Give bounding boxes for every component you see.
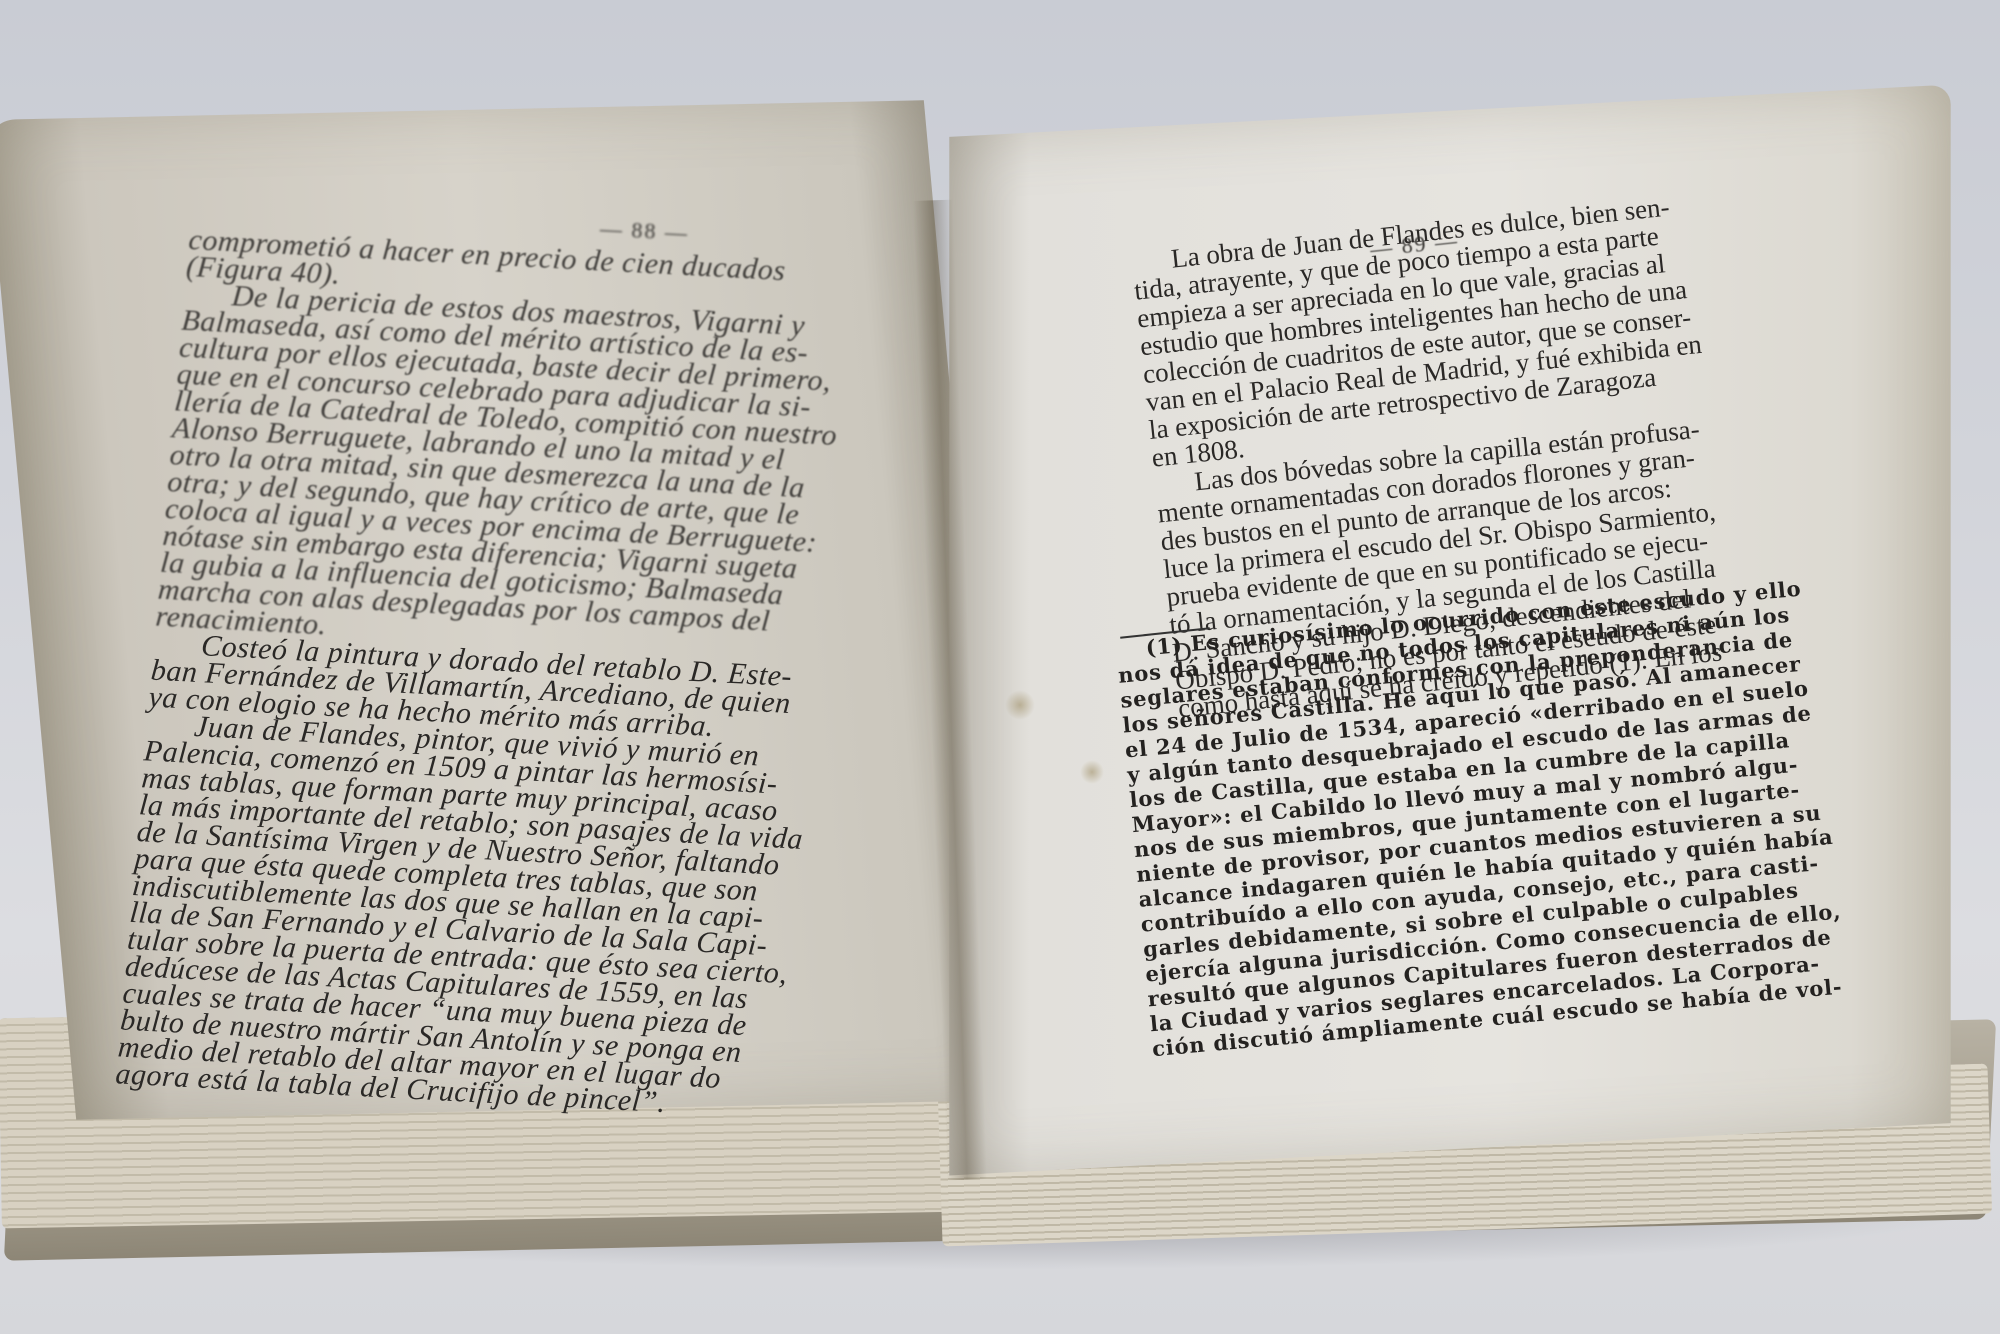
- left-page-body-text: comprometió a hacer en precio de cien du…: [115, 225, 889, 1123]
- right-page-footnote: (1) Es curiosísimo lo ocurrido con este …: [1115, 578, 1831, 1063]
- paper-stain: [1005, 690, 1035, 720]
- paper-stain: [1080, 760, 1104, 784]
- left-page-number: — 88 —: [599, 216, 689, 247]
